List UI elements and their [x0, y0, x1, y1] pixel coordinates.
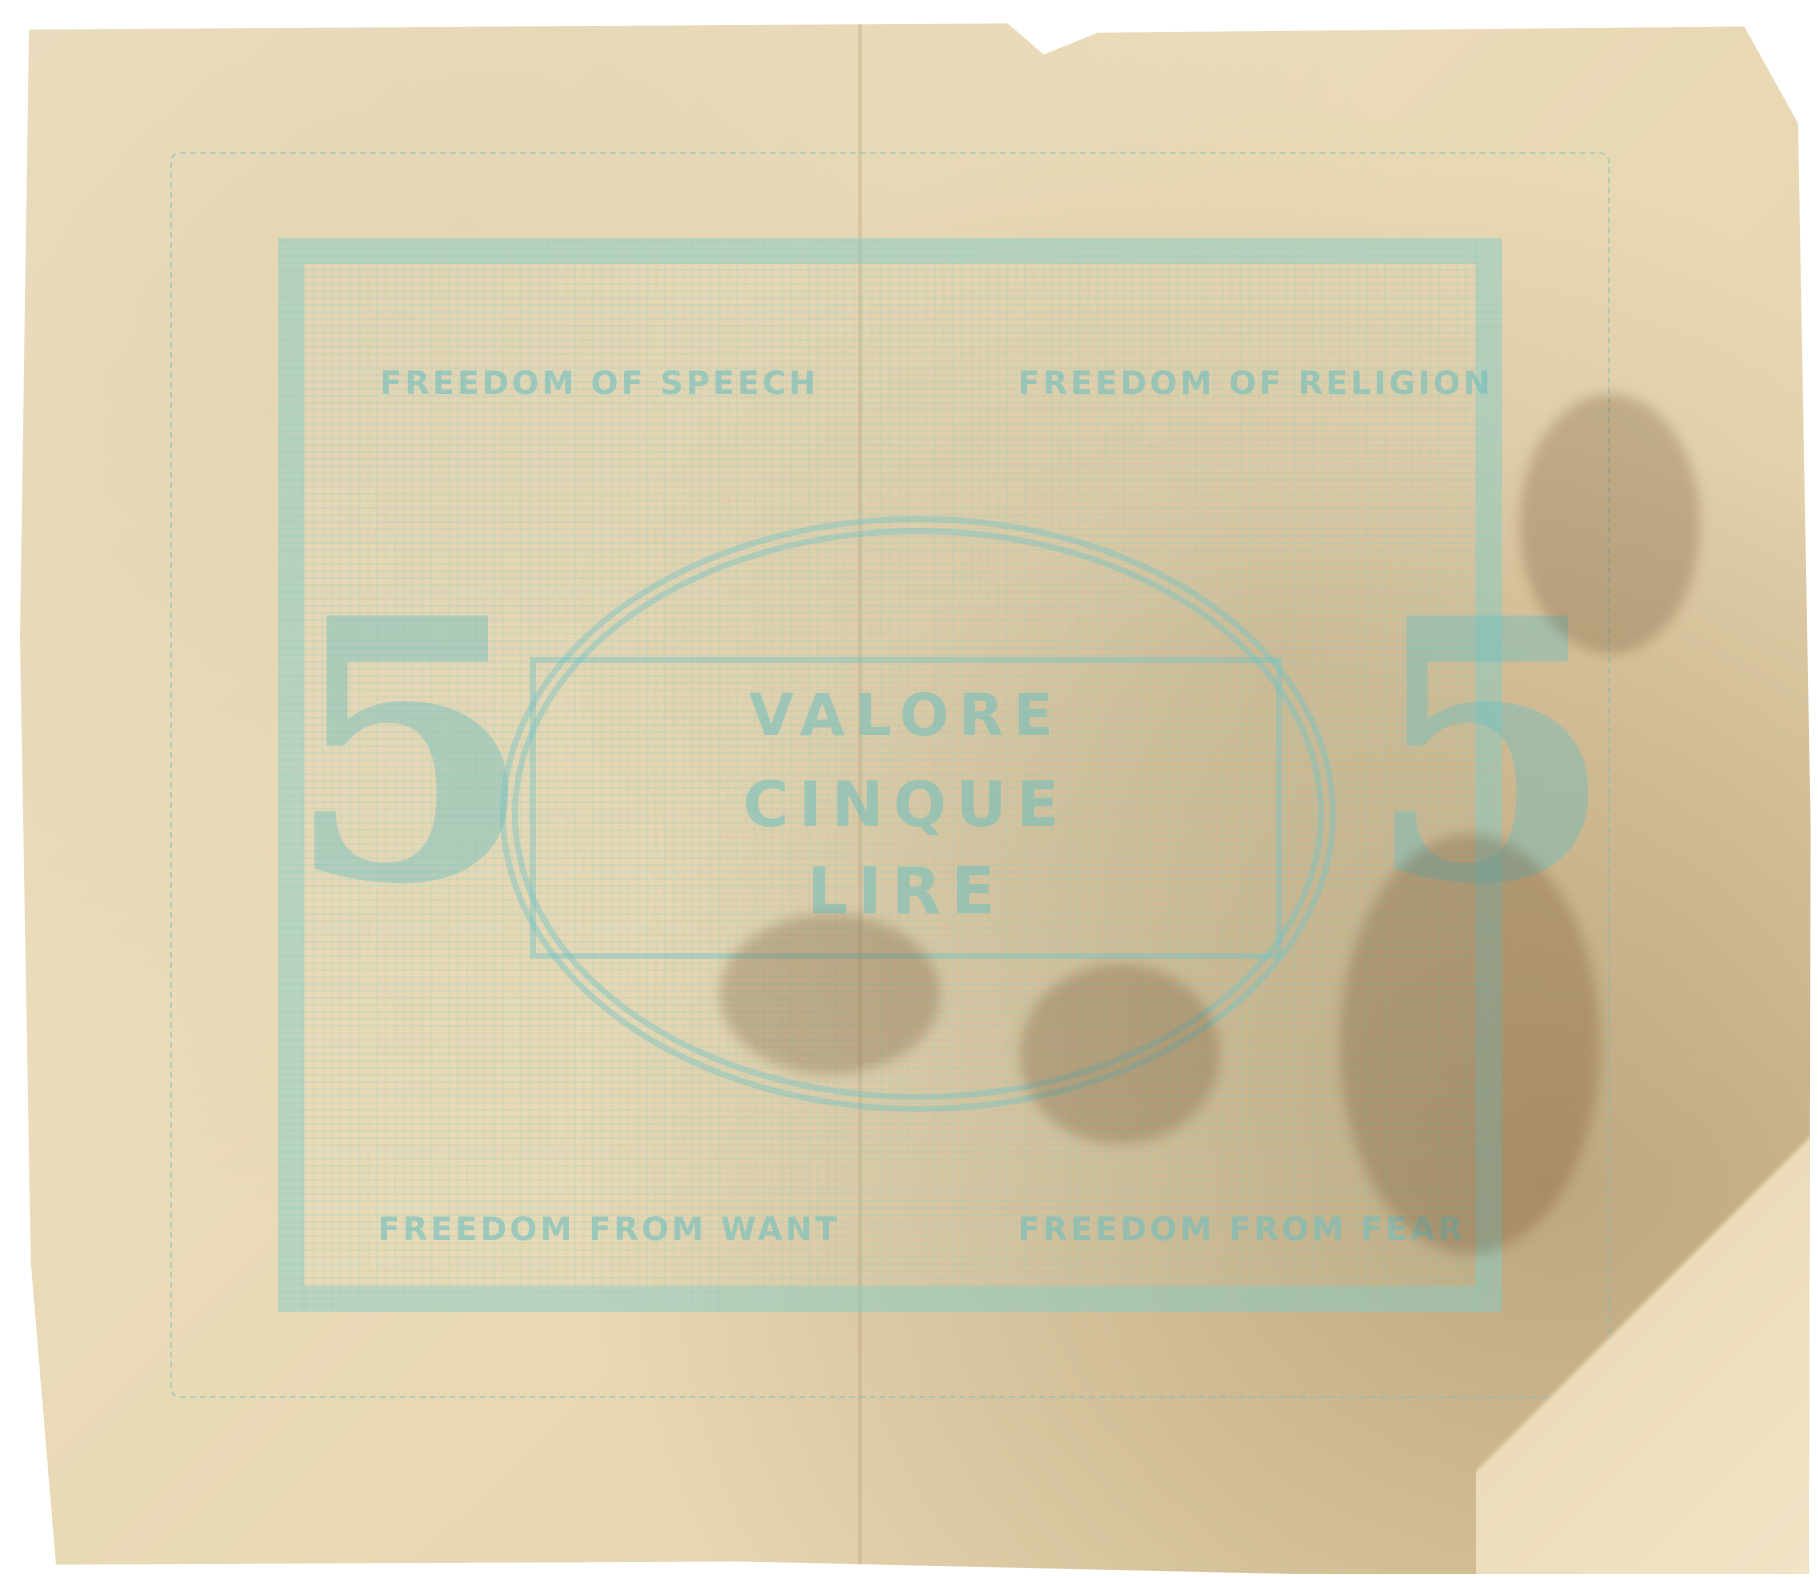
denomination-numeral-left: 5 — [285, 572, 536, 932]
value-panel: VALORE CINQUE LIRE — [530, 657, 1282, 959]
slogan-top-left: FREEDOM OF SPEECH — [380, 364, 819, 402]
slogan-bottom-left: FREEDOM FROM WANT — [378, 1210, 840, 1248]
folded-corner — [1476, 1054, 1816, 1574]
value-amount: CINQUE — [536, 768, 1276, 841]
value-currency: LIRE — [536, 855, 1276, 929]
stain — [1520, 394, 1700, 654]
stain — [720, 914, 940, 1074]
value-label: VALORE — [536, 681, 1276, 749]
slogan-top-right: FREEDOM OF RELIGION — [1018, 364, 1493, 402]
stain — [1020, 964, 1220, 1144]
banknote: FREEDOM OF SPEECH FREEDOM OF RELIGION FR… — [20, 14, 1816, 1574]
